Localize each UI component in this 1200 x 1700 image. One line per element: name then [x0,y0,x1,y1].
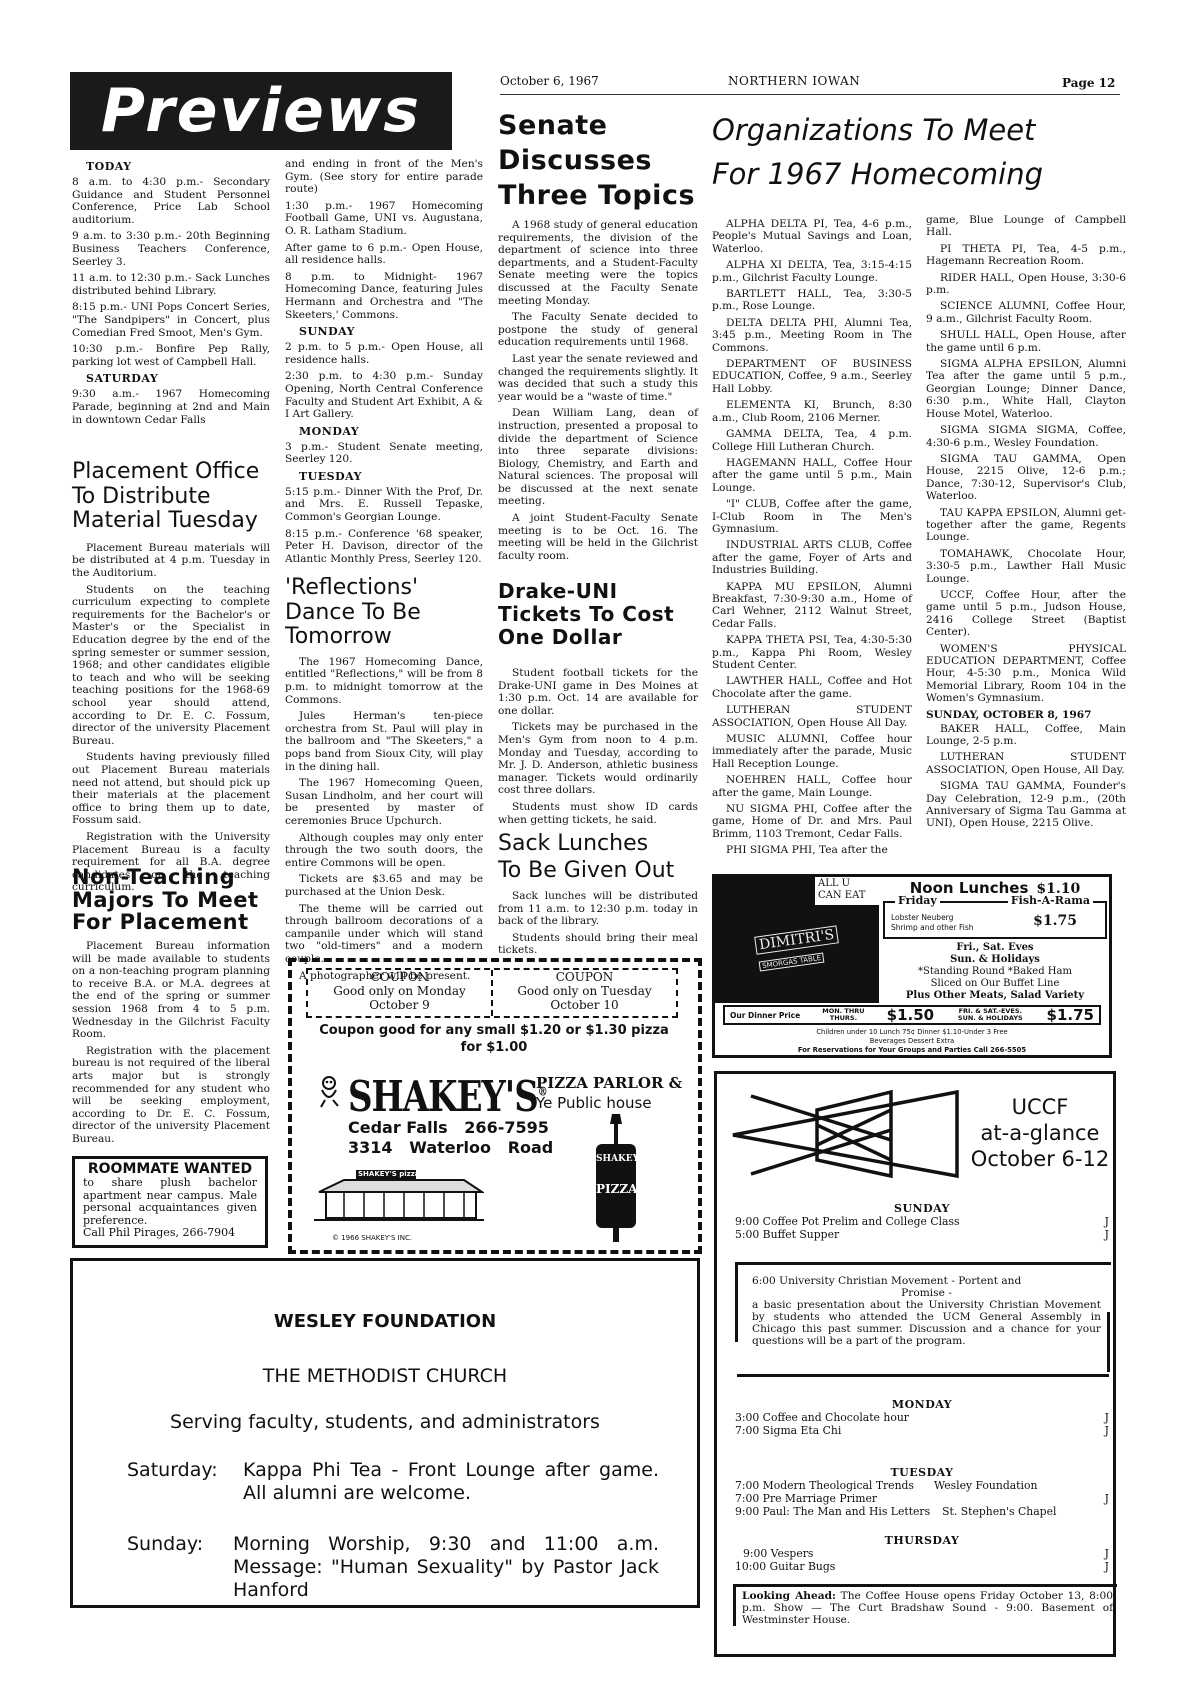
looking-ahead-note: Looking Ahead: The Coffee House opens Fr… [733,1584,1117,1626]
roof-sign-text: SHAKEY'S pizza [358,1170,420,1178]
roommate-contact: Call Phil Pirages, 266-7904 [83,1227,257,1240]
friday-label: Friday [895,894,940,907]
roommate-body: to share plush bachelor apartment near c… [83,1177,257,1227]
preview-item: 8 a.m. to 4:30 p.m.- Secondary Guidance … [72,176,270,226]
all-u-can-eat-label: ALL U CAN EAT [815,877,879,905]
senate-article: Senate Discusses Three Topics A 1968 stu… [498,108,698,566]
organizations-headline: Organizations To Meet For 1967 Homecomin… [712,108,1152,196]
fish-a-rama-box: Friday Fish-A-Rama Lobster Neuberg Shrim… [883,901,1107,939]
coupon-offer: Coupon good for any small $1.20 or $1.30… [296,1022,692,1056]
org-item: DELTA DELTA PHI, Alumni Tea, 3:45 p.m., … [712,317,912,354]
org-item: GAMMA DELTA, Tea, 4 p.m. College Hill Lu… [712,428,912,453]
org-item: LUTHERAN STUDENT ASSOCIATION, Open House… [712,704,912,729]
org-item: NOEHREN HALL, Coffee hour after the game… [712,774,912,799]
day-label-monday: MONDAY [299,425,483,438]
uccf-title: UCCF at-a-glance October 6-12 [965,1094,1115,1172]
senate-headline: Senate Discusses Three Topics [498,108,698,213]
shakeys-city-phone: Cedar Falls 266-7595 [348,1118,549,1137]
coupon-row: COUPON Good only on Monday October 9 COU… [306,968,678,1018]
day-label-today: TODAY [86,160,270,173]
masthead-rule [500,94,1120,95]
wesley-serving: Serving faculty, students, and administr… [73,1411,697,1433]
pole-sign-bottom: PIZZA [596,1182,636,1196]
article-paragraph: Jules Herman's ten-piece orchestra from … [285,710,483,773]
placement-article: Placement Office To Distribute Material … [72,460,270,898]
preview-item: 2:30 p.m. to 4:30 p.m.- Sunday Opening, … [285,370,483,420]
shakeys-building-illustration: SHAKEY'S pizza [314,1162,484,1224]
article-paragraph: Students should bring their meal tickets… [498,932,698,957]
article-paragraph: Placement Bureau materials will be distr… [72,542,270,580]
drake-headline: Drake-UNI Tickets To Cost One Dollar [498,580,698,649]
article-paragraph: Sack lunches will be distributed from 11… [498,890,698,928]
uccf-event-row: 10:00 Guitar BugsJ [735,1560,1109,1573]
roommate-wanted-ad: ROOMMATE WANTED to share plush bachelor … [72,1156,268,1248]
pole-sign-top: SHAKEY'S [596,1154,636,1164]
article-paragraph: Although couples may only enter through … [285,832,483,870]
coupon-monday[interactable]: COUPON Good only on Monday October 9 [308,970,493,1016]
shakeys-mascot-icon [316,1074,342,1108]
article-paragraph: The 1967 Homecoming Queen, Susan Lindhol… [285,777,483,827]
preview-item: 8 p.m. to Midnight- 1967 Homecoming Danc… [285,271,483,321]
org-item: SCIENCE ALUMNI, Coffee Hour, 9 a.m., Gil… [926,300,1126,325]
weekend-menu: Fri., Sat. Eves Sun. & Holidays *Standin… [883,942,1107,1002]
shakeys-tagline-1: PIZZA PARLOR & [536,1074,682,1092]
dimitris-ad: ALL U CAN EAT DIMITRI'S SMORGAS TABLE No… [712,874,1112,1058]
org-item: KAPPA MU EPSILON, Alumni Breakfast, 7:30… [712,581,912,631]
uccf-event-row: 7:00 Modern Theological TrendsWesley Fou… [735,1479,1109,1492]
preview-item: 8:15 p.m.- Conference '68 speaker, Peter… [285,528,483,566]
org-item: SIGMA SIGMA SIGMA, Coffee, 4:30-6 p.m., … [926,424,1126,449]
previews-column-2: and ending in front of the Men's Gym. (S… [285,158,483,569]
uccf-sunday: SUNDAY 9:00 Coffee Pot Prelim and Colleg… [735,1198,1109,1241]
dimitris-sign-sub: SMORGAS TABLE [759,952,825,971]
article-paragraph: A joint Student-Faculty Senate meeting i… [498,512,698,562]
article-paragraph: The 1967 Homecoming Dance, entitled "Ref… [285,656,483,706]
org-item: LUTHERAN STUDENT ASSOCIATION, Open House… [926,751,1126,776]
article-paragraph: Last year the senate reviewed and change… [498,353,698,403]
uccf-at-a-glance: UCCF at-a-glance October 6-12 SUNDAY 9:0… [714,1071,1116,1657]
dimitris-sign-photo: ALL U CAN EAT DIMITRI'S SMORGAS TABLE [715,877,879,1003]
shakeys-ad: COUPON Good only on Monday October 9 COU… [288,958,702,1254]
day-label-sunday: SUNDAY [299,325,483,338]
nonteaching-headline: Non-Teaching Majors To Meet For Placemen… [72,866,270,934]
preview-item: 10:30 p.m.- Bonfire Pep Rally, parking l… [72,343,270,368]
wesley-saturday-label: Saturday: [127,1459,218,1481]
wesley-saturday-text: Kappa Phi Tea - Front Lounge after game.… [243,1459,659,1505]
org-item: TAU KAPPA EPSILON, Alumni get-together a… [926,507,1126,544]
org-item: PI THETA PI, Tea, 4-5 p.m., Hagemann Rec… [926,243,1126,268]
wesley-subtitle: THE METHODIST CHURCH [73,1365,697,1387]
sack-lunches-article: Sack Lunches To Be Given Out Sack lunche… [498,830,698,961]
uccf-event-row: 9:00 VespersJ [735,1547,1109,1560]
previews-column-1: TODAY 8 a.m. to 4:30 p.m.- Secondary Gui… [72,158,270,430]
roommate-title: ROOMMATE WANTED [83,1161,257,1177]
shakeys-pole-sign: SHAKEY'S PIZZA [588,1112,644,1242]
uccf-thursday: THURSDAY 9:00 VespersJ 10:00 Guitar Bugs… [735,1530,1109,1573]
day-label-saturday: SATURDAY [86,372,270,385]
article-paragraph: The Faculty Senate decided to postpone t… [498,311,698,349]
preview-item: 2 p.m. to 5 p.m.- Open House, all reside… [285,341,483,366]
uccf-event-row: 5:00 Buffet SupperJ [735,1228,1109,1241]
organizations-column-1: ALPHA DELTA PI, Tea, 4-6 p.m., People's … [712,218,912,861]
org-item: UCCF, Coffee Hour, after the game until … [926,589,1126,639]
sack-headline: Sack Lunches To Be Given Out [498,830,698,884]
fish-price: $1.75 [1033,913,1077,929]
organizations-column-2: game, Blue Lounge of Campbell Hall. PI T… [926,214,1126,834]
preview-item: 5:15 p.m.- Dinner With the Prof, Dr. and… [285,486,483,524]
drake-article: Drake-UNI Tickets To Cost One Dollar Stu… [498,580,698,830]
article-paragraph: Placement Bureau information will be mad… [72,940,270,1041]
placement-headline: Placement Office To Distribute Material … [72,460,270,534]
masthead-page-number: Page 12 [1062,76,1115,90]
org-item: WOMEN'S PHYSICAL EDUCATION DEPARTMENT, C… [926,643,1126,705]
org-item: SIGMA ALPHA EPSILON, Alumni Tea after th… [926,358,1126,420]
org-item: ALPHA XI DELTA, Tea, 3:15-4:15 p.m., Gil… [712,259,912,284]
reflections-article: 'Reflections' Dance To Be Tomorrow The 1… [285,576,483,986]
shakeys-tagline-2: Ye Public house [536,1094,652,1112]
org-item: KAPPA THETA PSI, Tea, 4:30-5:30 p.m., Ka… [712,634,912,671]
org-item: game, Blue Lounge of Campbell Hall. [926,214,1126,239]
org-item: HAGEMANN HALL, Coffee Hour after the gam… [712,457,912,494]
wesley-title: WESLEY FOUNDATION [73,1311,697,1332]
org-item: LAWTHER HALL, Coffee and Hot Chocolate a… [712,675,912,700]
reflections-headline: 'Reflections' Dance To Be Tomorrow [285,576,483,650]
masthead-paper-name: NORTHERN IOWAN [728,74,860,88]
uccf-event-row: 9:00 Paul: The Man and His LettersSt. St… [735,1505,1109,1518]
org-item: SIGMA TAU GAMMA, Open House, 2215 Olive,… [926,453,1126,503]
shakeys-copyright: © 1966 SHAKEY'S INC. [332,1234,412,1242]
org-item: ELEMENTA KI, Brunch, 8:30 a.m., Club Roo… [712,399,912,424]
preview-item: 9:30 a.m.- 1967 Homecoming Parade, begin… [72,388,270,426]
uccf-event-row: 7:00 Pre Marriage PrimerJ [735,1492,1109,1505]
uccf-event-row: 7:00 Sigma Eta ChiJ [735,1424,1109,1437]
org-item: SIGMA TAU GAMMA, Founder's Day Celebrati… [926,780,1126,830]
nonteaching-article: Non-Teaching Majors To Meet For Placemen… [72,866,270,1150]
previews-title: Previews [101,76,421,146]
uccf-event-row: 9:00 Coffee Pot Prelim and College Class… [735,1215,1109,1228]
ucm-title: 6:00 University Christian Movement - Por… [752,1275,1101,1287]
org-item: DEPARTMENT OF BUSINESS EDUCATION, Coffee… [712,358,912,395]
article-paragraph: Students on the teaching curriculum expe… [72,584,270,748]
dimitris-sign-name: DIMITRI'S [754,925,839,954]
org-item: ALPHA DELTA PI, Tea, 4-6 p.m., People's … [712,218,912,255]
preview-item: 1:30 p.m.- 1967 Homecoming Football Game… [285,200,483,238]
article-paragraph: A 1968 study of general education requir… [498,219,698,307]
fish-a-rama-label: Fish-A-Rama [1008,894,1093,907]
article-paragraph: Registration with the placement bureau i… [72,1045,270,1146]
org-item: MUSIC ALUMNI, Coffee hour immediately af… [712,733,912,770]
preview-item: 9 a.m. to 3:30 p.m.- 20th Beginning Busi… [72,230,270,268]
ucm-feature-box: 6:00 University Christian Movement - Por… [735,1262,1111,1342]
preview-item: 8:15 p.m.- UNI Pops Concert Series, "The… [72,301,270,339]
shakeys-brand: SHAKEY'S® [348,1072,547,1122]
org-item: BAKER HALL, Coffee, Main Lounge, 2-5 p.m… [926,723,1126,748]
uccf-tuesday: TUESDAY 7:00 Modern Theological TrendsWe… [735,1462,1109,1518]
org-item: INDUSTRIAL ARTS CLUB, Coffee after the g… [712,539,912,576]
wesley-foundation-ad: WESLEY FOUNDATION THE METHODIST CHURCH S… [70,1258,700,1608]
dinner-price-bar: Our Dinner Price MON. THRU THURS. $1.50 … [723,1005,1101,1025]
ucm-body: a basic presentation about the Universit… [752,1299,1101,1347]
article-paragraph: Student football tickets for the Drake-U… [498,667,698,717]
org-item: SHULL HALL, Open House, after the game u… [926,329,1126,354]
article-paragraph: Tickets may be purchased in the Men's Gy… [498,721,698,797]
org-item: "I" CLUB, Coffee after the game, I-Club … [712,498,912,535]
masthead-date: October 6, 1967 [500,74,599,88]
wesley-sunday-text: Morning Worship, 9:30 and 11:00 a.m. Mes… [233,1533,659,1602]
article-paragraph: Tickets are $3.65 and may be purchased a… [285,873,483,898]
uccf-event-row: 3:00 Coffee and Chocolate hourJ [735,1411,1109,1424]
article-paragraph: Dean William Lang, dean of instruction, … [498,407,698,508]
uccf-logo-icon [731,1090,963,1180]
wesley-sunday-label: Sunday: [127,1533,203,1555]
shakeys-address: 3314 Waterloo Road [348,1138,553,1157]
org-item: NU SIGMA PHI, Coffee after the game, Hom… [712,803,912,840]
dimitris-footnotes: Children under 10 Lunch 75¢ Dinner $1.10… [715,1028,1109,1055]
org-item: PHI SIGMA PHI, Tea after the [712,844,912,856]
preview-item: After game to 6 p.m.- Open House, all re… [285,242,483,267]
preview-item: and ending in front of the Men's Gym. (S… [285,158,483,196]
uccf-monday: MONDAY 3:00 Coffee and Chocolate hourJ 7… [735,1394,1109,1437]
org-sunday-label: SUNDAY, OCTOBER 8, 1967 [926,709,1126,721]
org-item: RIDER HALL, Open House, 3:30-6 p.m. [926,272,1126,297]
coupon-tuesday[interactable]: COUPON Good only on Tuesday October 10 [493,970,676,1016]
ucm-box-right-rule [1107,1312,1110,1372]
preview-item: 11 a.m. to 12:30 p.m.- Sack Lunches dist… [72,272,270,297]
day-label-tuesday: TUESDAY [299,470,483,483]
ucm-box-bottom-rule [737,1374,1109,1377]
preview-item: 3 p.m.- Student Senate meeting, Seerley … [285,441,483,466]
article-paragraph: Students must show ID cards when getting… [498,801,698,826]
article-paragraph: The theme will be carried out through ba… [285,903,483,966]
org-item: BARTLETT HALL, Tea, 3:30-5 p.m., Rose Lo… [712,288,912,313]
dimitris-menu: Noon Lunches $1.10 Friday Fish-A-Rama Lo… [883,879,1107,1002]
article-paragraph: Students having previously filled out Pl… [72,751,270,827]
org-item: TOMAHAWK, Chocolate Hour, 3:30-5 p.m., L… [926,548,1126,585]
ucm-title-2: Promise - [752,1287,1101,1299]
previews-banner: Previews [70,72,452,150]
